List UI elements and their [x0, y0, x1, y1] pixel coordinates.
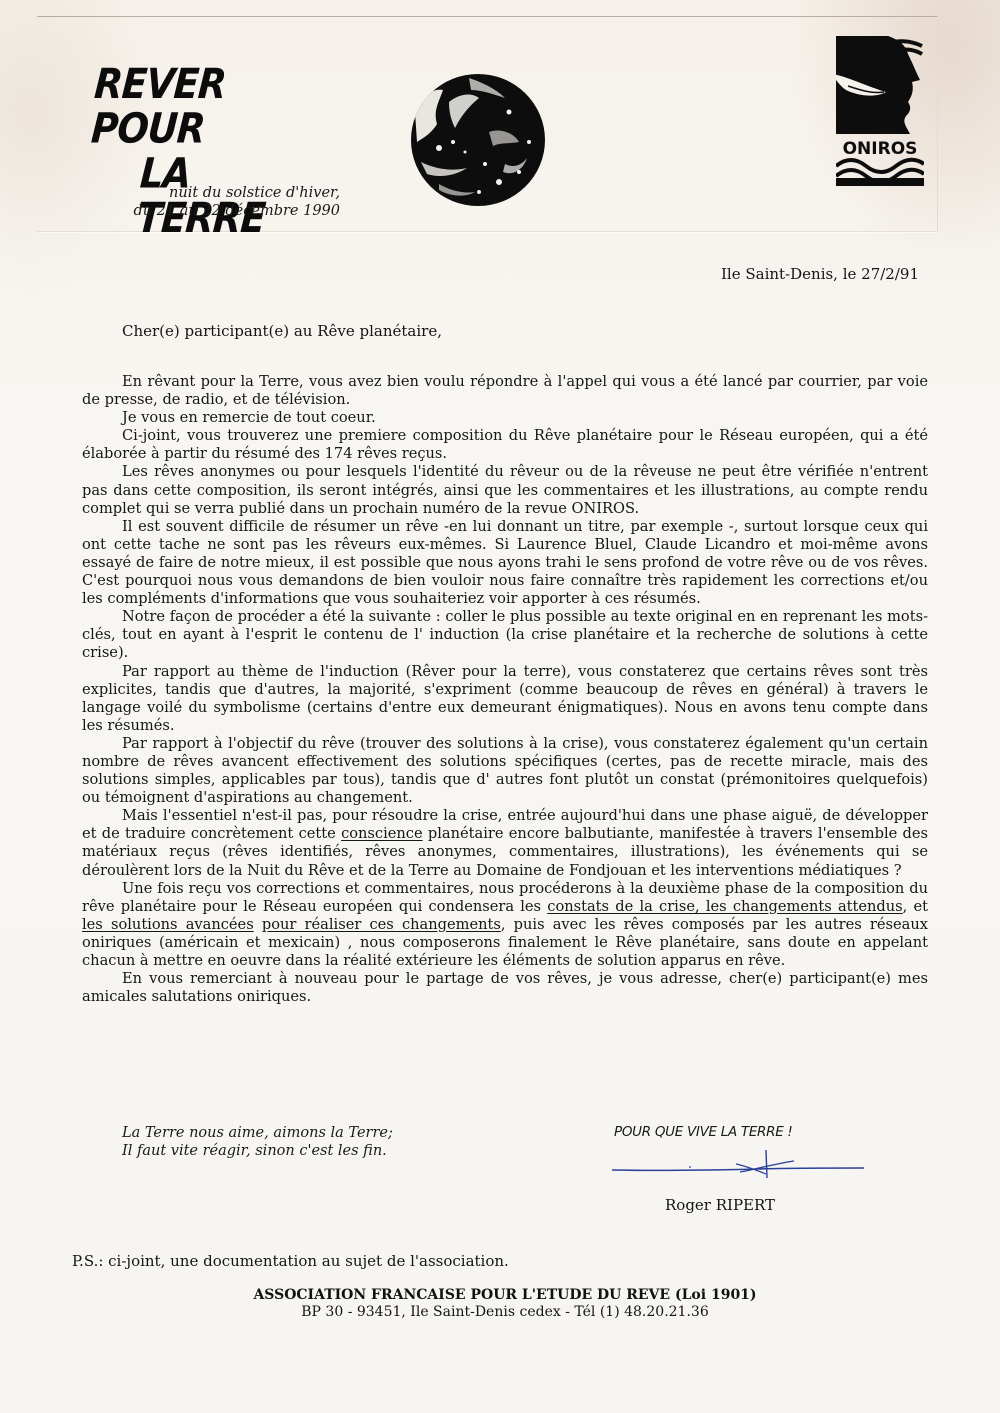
oniros-logo-icon: ONIROS — [836, 36, 924, 186]
underlined-constats: constats de la crise, les changements at… — [547, 898, 902, 915]
event-subtitle: nuit du solstice d'hiver, du 21 au 22 dé… — [100, 184, 340, 220]
event-title-line1: REVER POUR — [90, 62, 346, 152]
paragraph-10: Une fois reçu vos corrections et comment… — [82, 880, 928, 970]
paragraph-10-text-c — [254, 916, 262, 933]
paragraph-7: Par rapport au thème de l'induction (Rêv… — [82, 663, 928, 735]
motto-line2: Il faut vite réagir, sinon c'est les fin… — [122, 1142, 393, 1160]
place-and-date: Ile Saint-Denis, le 27/2/91 — [721, 265, 919, 283]
paragraph-5: Il est souvent difficile de résumer un r… — [82, 518, 928, 608]
paragraph-6: Notre façon de procéder a été la suivant… — [82, 608, 928, 662]
underlined-solutions: les solutions avancées — [82, 916, 254, 933]
motto-line1: La Terre nous aime, aimons la Terre; — [122, 1124, 393, 1142]
organization-name: ASSOCIATION FRANCAISE POUR L'ETUDE DU RE… — [10, 1287, 1000, 1303]
paragraph-3: Ci-joint, vous trouverez une premiere co… — [82, 427, 928, 463]
letterhead-footer: ASSOCIATION FRANCAISE POUR L'ETUDE DU RE… — [0, 1287, 1000, 1320]
paragraph-8: Par rapport à l'objectif du rêve (trouve… — [82, 735, 928, 807]
postscript: P.S.: ci-joint, une documentation au suj… — [72, 1252, 509, 1270]
paragraph-10-text-b: , et — [903, 898, 928, 915]
closing-motto: La Terre nous aime, aimons la Terre; Il … — [122, 1124, 393, 1160]
event-subtitle-line2: du 21 au 22 décembre 1990 — [100, 202, 340, 220]
letter-body: En rêvant pour la Terre, vous avez bien … — [82, 373, 928, 1006]
event-subtitle-line1: nuit du solstice d'hiver, — [100, 184, 340, 202]
earth-globe-icon — [409, 72, 547, 208]
salutation: Cher(e) participant(e) au Rêve planétair… — [122, 322, 442, 340]
paragraph-2: Je vous en remercie de tout coeur. — [82, 409, 928, 427]
paragraph-9: Mais l'essentiel n'est-il pas, pour réso… — [82, 807, 928, 879]
organization-address: BP 30 - 93451, Ile Saint-Denis cedex - T… — [10, 1304, 1000, 1320]
underlined-conscience: conscience — [341, 825, 423, 842]
paragraph-4: Les rêves anonymes ou pour lesquels l'id… — [82, 463, 928, 517]
underlined-changements: pour réaliser ces changements — [262, 916, 501, 933]
paragraph-1: En rêvant pour la Terre, vous avez bien … — [82, 373, 928, 409]
handwritten-signature-icon — [608, 1148, 868, 1186]
closing-cheer: POUR QUE VIVE LA TERRE ! — [614, 1124, 793, 1140]
signer-name: Roger RIPERT — [665, 1196, 775, 1214]
paragraph-11: En vous remerciant à nouveau pour le par… — [82, 970, 928, 1006]
svg-text:ONIROS: ONIROS — [843, 139, 918, 159]
